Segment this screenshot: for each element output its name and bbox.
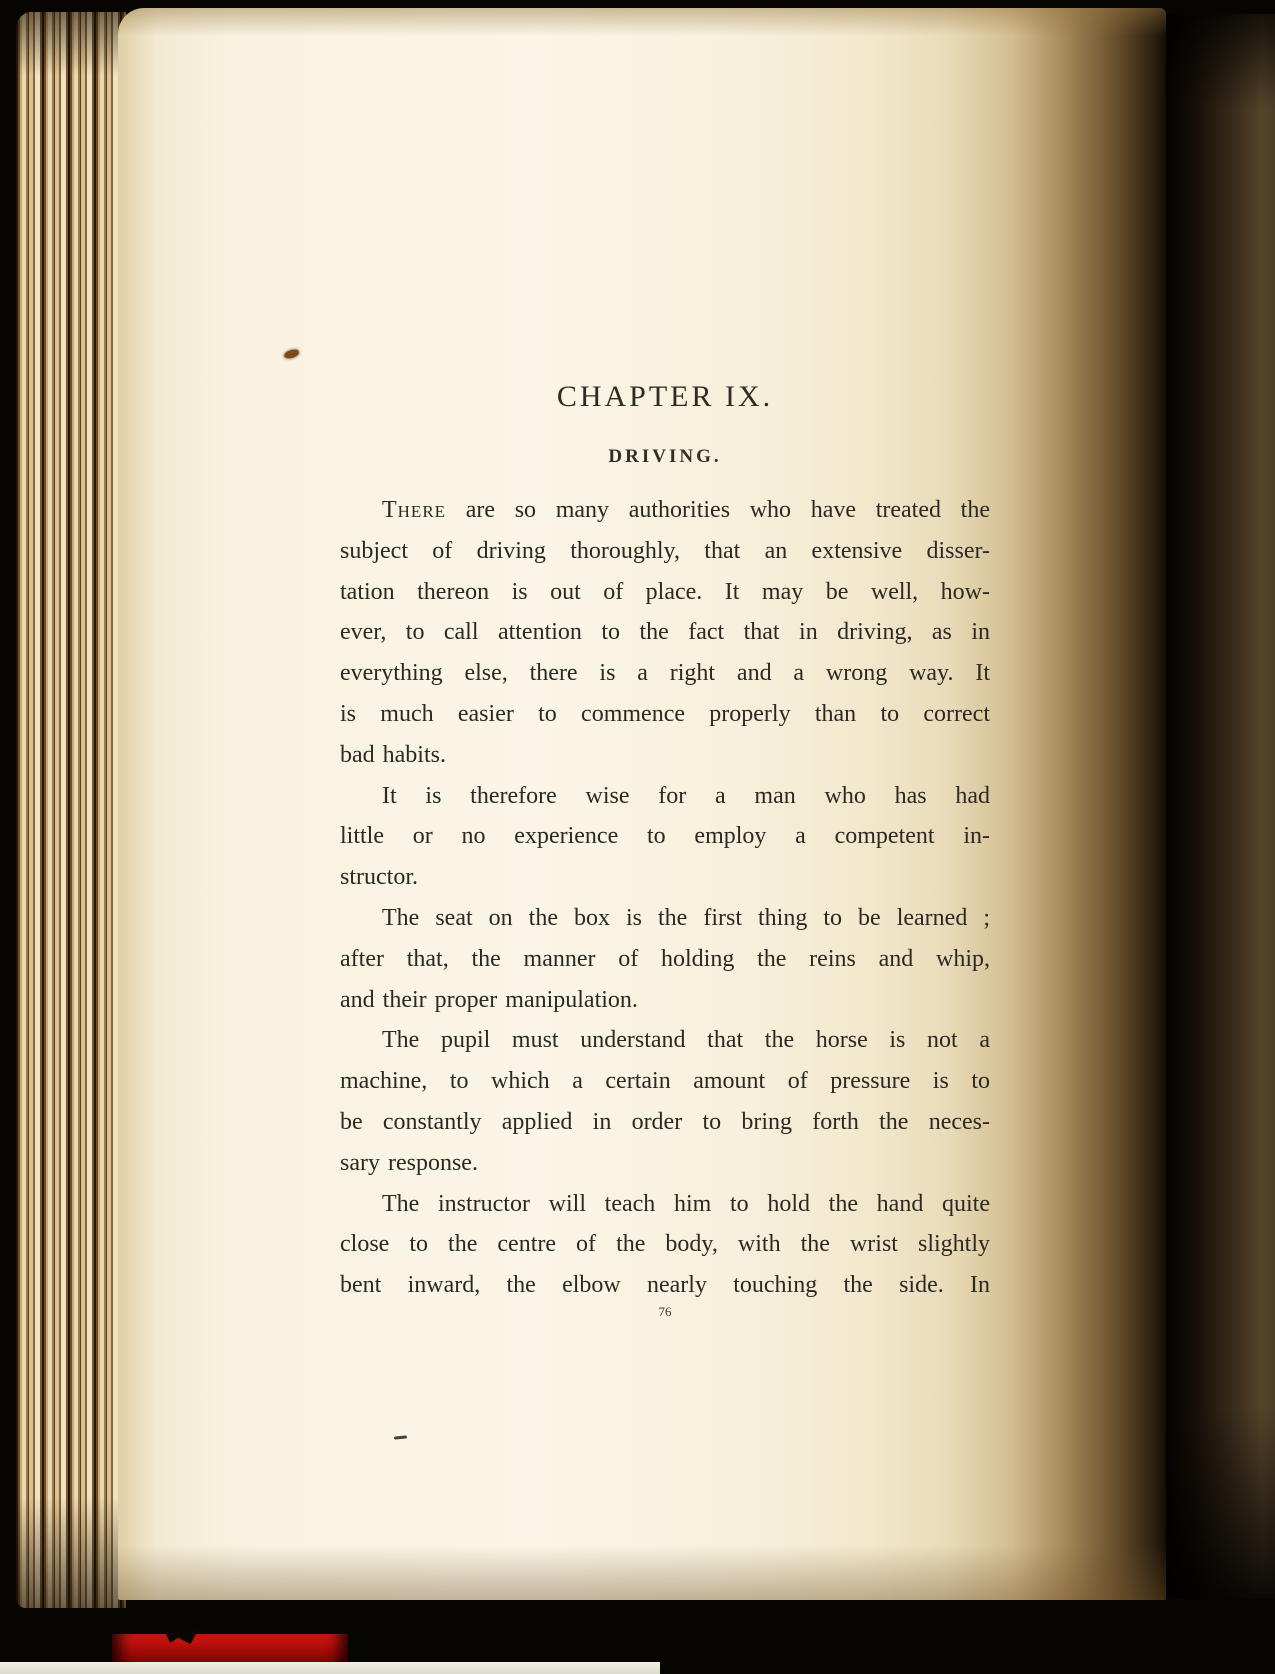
text-line: tation thereon is out of place. It may b… bbox=[340, 572, 990, 613]
book-cover-red-cloth bbox=[112, 1634, 348, 1665]
text-line: The pupil must understand that the horse… bbox=[340, 1020, 990, 1061]
text-line: and their proper manipulation. bbox=[340, 980, 990, 1021]
text-line: be constantly applied in order to bring … bbox=[340, 1102, 990, 1143]
text-line: structor. bbox=[340, 857, 990, 898]
book-scan: CHAPTER IX. DRIVING. There are so many a… bbox=[0, 0, 1275, 1674]
book-page: CHAPTER IX. DRIVING. There are so many a… bbox=[118, 8, 1166, 1600]
text-line: It is therefore wise for a man who has h… bbox=[340, 776, 990, 817]
text-line: is much easier to commence properly than… bbox=[340, 694, 990, 735]
scanner-bed-strip bbox=[0, 1662, 660, 1674]
text-line: everything else, there is a right and a … bbox=[340, 653, 990, 694]
text-line: machine, to which a certain amount of pr… bbox=[340, 1061, 990, 1102]
stray-pencil-mark bbox=[394, 1435, 407, 1439]
text-line: little or no experience to employ a comp… bbox=[340, 816, 990, 857]
page-edges-stack bbox=[16, 12, 126, 1608]
text-line: bad habits. bbox=[340, 735, 990, 776]
text-line: The instructor will teach him to hold th… bbox=[340, 1184, 990, 1225]
chapter-heading: CHAPTER IX. bbox=[340, 380, 990, 414]
section-heading: DRIVING. bbox=[340, 446, 990, 468]
body-text: There are so many authorities who have t… bbox=[340, 490, 990, 1306]
page-number: 76 bbox=[340, 1304, 990, 1320]
ink-blot-mark bbox=[283, 349, 299, 360]
text-line: sary response. bbox=[340, 1143, 990, 1184]
text-line: There are so many authorities who have t… bbox=[340, 490, 990, 531]
text-line: ever, to call attention to the fact that… bbox=[340, 612, 990, 653]
text-line: close to the centre of the body, with th… bbox=[340, 1224, 990, 1265]
facing-page-shadow bbox=[1166, 14, 1275, 1598]
text-line: after that, the manner of holding the re… bbox=[340, 939, 990, 980]
text-line: The seat on the box is the first thing t… bbox=[340, 898, 990, 939]
text-line: bent inward, the elbow nearly touching t… bbox=[340, 1265, 990, 1306]
small-caps-lead: There bbox=[382, 497, 446, 523]
text-line: subject of driving thoroughly, that an e… bbox=[340, 531, 990, 572]
cover-corner-notch bbox=[164, 1630, 198, 1644]
